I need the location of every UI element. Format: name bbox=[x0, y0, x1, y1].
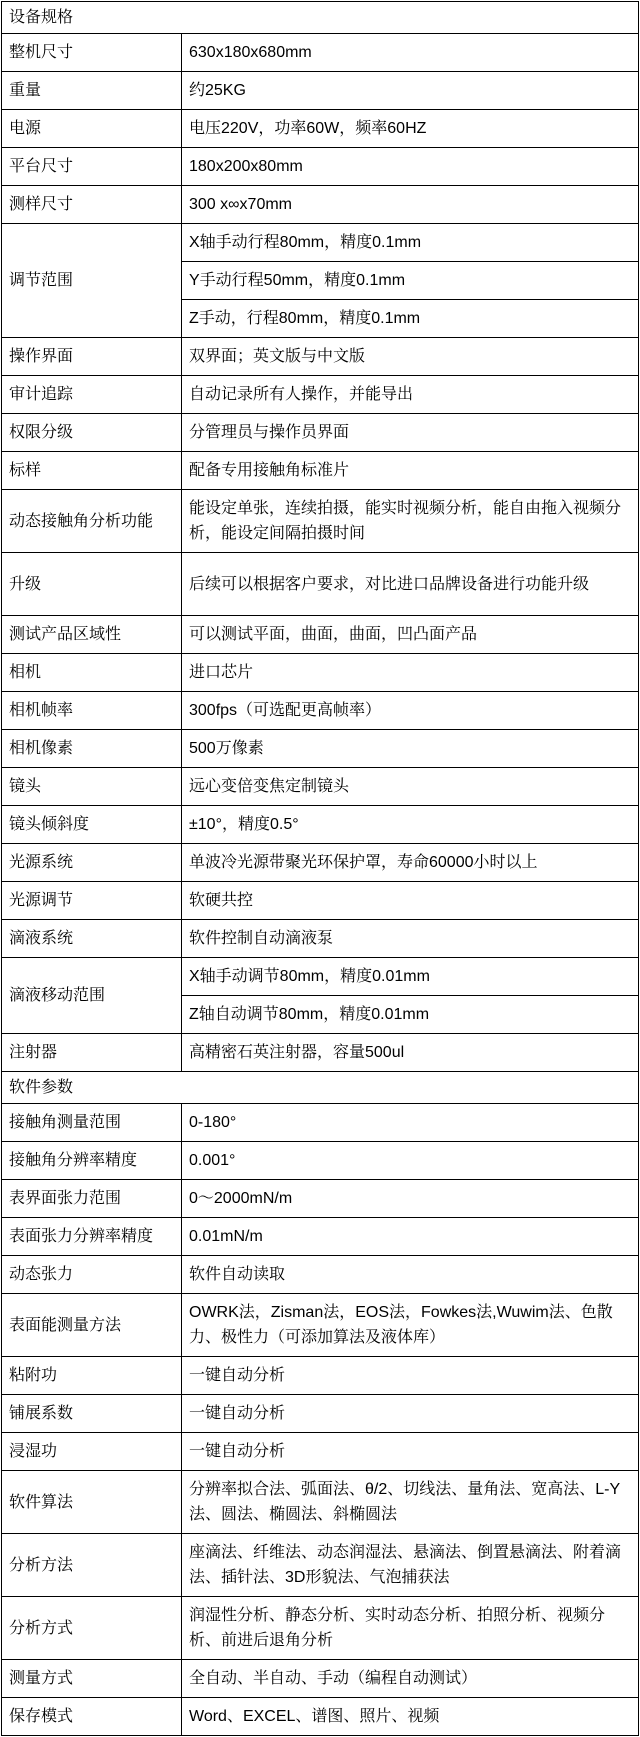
spec-label: 镜头 bbox=[2, 768, 182, 806]
spec-label: 分析方式 bbox=[2, 1597, 182, 1660]
table-row: 相机帧率 300fps（可选配更高帧率） bbox=[2, 692, 639, 730]
spec-value: 分管理员与操作员界面 bbox=[182, 414, 639, 452]
spec-value: 润湿性分析、静态分析、实时动态分析、拍照分析、视频分析、前进后退角分析 bbox=[182, 1597, 639, 1660]
table-row: 调节范围 X轴手动行程80mm，精度0.1mm bbox=[2, 224, 639, 262]
table-row: 粘附功 一键自动分析 bbox=[2, 1357, 639, 1395]
spec-value: 630x180x680mm bbox=[182, 34, 639, 72]
spec-label: 浸湿功 bbox=[2, 1433, 182, 1471]
spec-value: 0-180° bbox=[182, 1104, 639, 1142]
spec-table: 设备规格 整机尺寸 630x180x680mm 重量 约25KG 电源 电压22… bbox=[1, 1, 639, 1736]
spec-value: 300fps（可选配更高帧率） bbox=[182, 692, 639, 730]
spec-label: 操作界面 bbox=[2, 338, 182, 376]
table-row: 重量 约25KG bbox=[2, 72, 639, 110]
table-row: 接触角分辨率精度 0.001° bbox=[2, 1142, 639, 1180]
table-row: 升级 后续可以根据客户要求，对比进口品牌设备进行功能升级 bbox=[2, 553, 639, 616]
table-row: 测试产品区域性 可以测试平面，曲面，曲面，凹凸面产品 bbox=[2, 616, 639, 654]
table-row: 测样尺寸 300 x∞x70mm bbox=[2, 186, 639, 224]
spec-label: 权限分级 bbox=[2, 414, 182, 452]
spec-label: 表界面张力范围 bbox=[2, 1180, 182, 1218]
spec-label: 相机帧率 bbox=[2, 692, 182, 730]
table-row: 保存模式 Word、EXCEL、谱图、照片、视频 bbox=[2, 1698, 639, 1736]
spec-value: 后续可以根据客户要求，对比进口品牌设备进行功能升级 bbox=[182, 553, 639, 616]
spec-value: ±10°，精度0.5° bbox=[182, 806, 639, 844]
spec-value: 软件自动读取 bbox=[182, 1256, 639, 1294]
table-row: 平台尺寸 180x200x80mm bbox=[2, 148, 639, 186]
spec-value: 0.01mN/m bbox=[182, 1218, 639, 1256]
spec-value: 自动记录所有人操作，并能导出 bbox=[182, 376, 639, 414]
spec-value: Z轴自动调节80mm，精度0.01mm bbox=[182, 996, 639, 1034]
spec-value: Word、EXCEL、谱图、照片、视频 bbox=[182, 1698, 639, 1736]
table-row: 浸湿功 一键自动分析 bbox=[2, 1433, 639, 1471]
table-row: 整机尺寸 630x180x680mm bbox=[2, 34, 639, 72]
spec-value: 0～2000mN/m bbox=[182, 1180, 639, 1218]
section-title: 软件参数 bbox=[2, 1072, 639, 1104]
spec-label: 接触角测量范围 bbox=[2, 1104, 182, 1142]
table-row: 注射器 高精密石英注射器，容量500ul bbox=[2, 1034, 639, 1072]
section-title: 设备规格 bbox=[2, 2, 639, 34]
table-row: 相机像素 500万像素 bbox=[2, 730, 639, 768]
spec-label: 标样 bbox=[2, 452, 182, 490]
spec-value: 约25KG bbox=[182, 72, 639, 110]
spec-label: 粘附功 bbox=[2, 1357, 182, 1395]
spec-label: 整机尺寸 bbox=[2, 34, 182, 72]
spec-value: Z手动，行程80mm，精度0.1mm bbox=[182, 300, 639, 338]
spec-value: 配备专用接触角标准片 bbox=[182, 452, 639, 490]
spec-value: 双界面；英文版与中文版 bbox=[182, 338, 639, 376]
spec-label: 平台尺寸 bbox=[2, 148, 182, 186]
spec-value: 300 x∞x70mm bbox=[182, 186, 639, 224]
spec-label: 分析方法 bbox=[2, 1534, 182, 1597]
spec-value: 0.001° bbox=[182, 1142, 639, 1180]
spec-label: 铺展系数 bbox=[2, 1395, 182, 1433]
table-row: 滴液系统 软件控制自动滴液泵 bbox=[2, 920, 639, 958]
spec-label: 测样尺寸 bbox=[2, 186, 182, 224]
table-row: 电源 电压220V，功率60W，频率60HZ bbox=[2, 110, 639, 148]
spec-label: 动态接触角分析功能 bbox=[2, 490, 182, 553]
table-row: 标样 配备专用接触角标准片 bbox=[2, 452, 639, 490]
table-row: 表面能测量方法 OWRK法，Zisman法，EOS法，Fowkes法,Wuwim… bbox=[2, 1294, 639, 1357]
spec-label: 注射器 bbox=[2, 1034, 182, 1072]
section-header-row: 软件参数 bbox=[2, 1072, 639, 1104]
table-row: 相机 进口芯片 bbox=[2, 654, 639, 692]
spec-label: 表面张力分辨率精度 bbox=[2, 1218, 182, 1256]
spec-value: 能设定单张，连续拍摄，能实时视频分析，能自由拖入视频分析，能设定间隔拍摄时间 bbox=[182, 490, 639, 553]
table-row: 接触角测量范围 0-180° bbox=[2, 1104, 639, 1142]
spec-label: 滴液系统 bbox=[2, 920, 182, 958]
spec-value: 180x200x80mm bbox=[182, 148, 639, 186]
spec-label: 调节范围 bbox=[2, 224, 182, 338]
spec-value: 座滴法、纤维法、动态润湿法、悬滴法、倒置悬滴法、附着滴法、插针法、3D形貌法、气… bbox=[182, 1534, 639, 1597]
table-row: 铺展系数 一键自动分析 bbox=[2, 1395, 639, 1433]
table-row: 测量方式 全自动、半自动、手动（编程自动测试） bbox=[2, 1660, 639, 1698]
spec-label: 审计追踪 bbox=[2, 376, 182, 414]
spec-value: 软硬共控 bbox=[182, 882, 639, 920]
spec-label: 动态张力 bbox=[2, 1256, 182, 1294]
table-row: 审计追踪 自动记录所有人操作，并能导出 bbox=[2, 376, 639, 414]
spec-value: 一键自动分析 bbox=[182, 1395, 639, 1433]
spec-value: 分辨率拟合法、弧面法、θ/2、切线法、量角法、宽高法、L-Y法、圆法、椭圆法、斜… bbox=[182, 1471, 639, 1534]
table-row: 操作界面 双界面；英文版与中文版 bbox=[2, 338, 639, 376]
spec-value: 可以测试平面，曲面，曲面，凹凸面产品 bbox=[182, 616, 639, 654]
table-row: 滴液移动范围 X轴手动调节80mm，精度0.01mm bbox=[2, 958, 639, 996]
spec-value: X轴手动调节80mm，精度0.01mm bbox=[182, 958, 639, 996]
table-row: 表界面张力范围 0～2000mN/m bbox=[2, 1180, 639, 1218]
table-row: 光源调节 软硬共控 bbox=[2, 882, 639, 920]
table-row: 镜头 远心变倍变焦定制镜头 bbox=[2, 768, 639, 806]
spec-label: 软件算法 bbox=[2, 1471, 182, 1534]
table-row: 镜头倾斜度 ±10°，精度0.5° bbox=[2, 806, 639, 844]
spec-label: 测试产品区域性 bbox=[2, 616, 182, 654]
spec-label: 光源调节 bbox=[2, 882, 182, 920]
spec-label: 电源 bbox=[2, 110, 182, 148]
spec-value: 单波冷光源带聚光环保护罩，寿命60000小时以上 bbox=[182, 844, 639, 882]
table-row: 动态接触角分析功能 能设定单张，连续拍摄，能实时视频分析，能自由拖入视频分析，能… bbox=[2, 490, 639, 553]
spec-value: 500万像素 bbox=[182, 730, 639, 768]
table-row: 分析方式 润湿性分析、静态分析、实时动态分析、拍照分析、视频分析、前进后退角分析 bbox=[2, 1597, 639, 1660]
spec-label: 接触角分辨率精度 bbox=[2, 1142, 182, 1180]
spec-value: 远心变倍变焦定制镜头 bbox=[182, 768, 639, 806]
spec-value: X轴手动行程80mm，精度0.1mm bbox=[182, 224, 639, 262]
table-row: 光源系统 单波冷光源带聚光环保护罩，寿命60000小时以上 bbox=[2, 844, 639, 882]
table-row: 权限分级 分管理员与操作员界面 bbox=[2, 414, 639, 452]
table-row: 动态张力 软件自动读取 bbox=[2, 1256, 639, 1294]
spec-value: 高精密石英注射器，容量500ul bbox=[182, 1034, 639, 1072]
table-row: 表面张力分辨率精度 0.01mN/m bbox=[2, 1218, 639, 1256]
spec-value: OWRK法，Zisman法，EOS法，Fowkes法,Wuwim法、色散力、极性… bbox=[182, 1294, 639, 1357]
spec-value: 进口芯片 bbox=[182, 654, 639, 692]
table-row: 分析方法 座滴法、纤维法、动态润湿法、悬滴法、倒置悬滴法、附着滴法、插针法、3D… bbox=[2, 1534, 639, 1597]
spec-label: 镜头倾斜度 bbox=[2, 806, 182, 844]
spec-value: Y手动行程50mm，精度0.1mm bbox=[182, 262, 639, 300]
spec-label: 滴液移动范围 bbox=[2, 958, 182, 1034]
spec-value: 全自动、半自动、手动（编程自动测试） bbox=[182, 1660, 639, 1698]
spec-label: 相机像素 bbox=[2, 730, 182, 768]
spec-label: 表面能测量方法 bbox=[2, 1294, 182, 1357]
spec-label: 光源系统 bbox=[2, 844, 182, 882]
spec-label: 保存模式 bbox=[2, 1698, 182, 1736]
spec-value: 电压220V，功率60W，频率60HZ bbox=[182, 110, 639, 148]
table-row: 软件算法 分辨率拟合法、弧面法、θ/2、切线法、量角法、宽高法、L-Y法、圆法、… bbox=[2, 1471, 639, 1534]
spec-value: 一键自动分析 bbox=[182, 1357, 639, 1395]
spec-label: 测量方式 bbox=[2, 1660, 182, 1698]
spec-label: 相机 bbox=[2, 654, 182, 692]
section-header-row: 设备规格 bbox=[2, 2, 639, 34]
spec-label: 重量 bbox=[2, 72, 182, 110]
spec-label: 升级 bbox=[2, 553, 182, 616]
spec-value: 一键自动分析 bbox=[182, 1433, 639, 1471]
spec-value: 软件控制自动滴液泵 bbox=[182, 920, 639, 958]
